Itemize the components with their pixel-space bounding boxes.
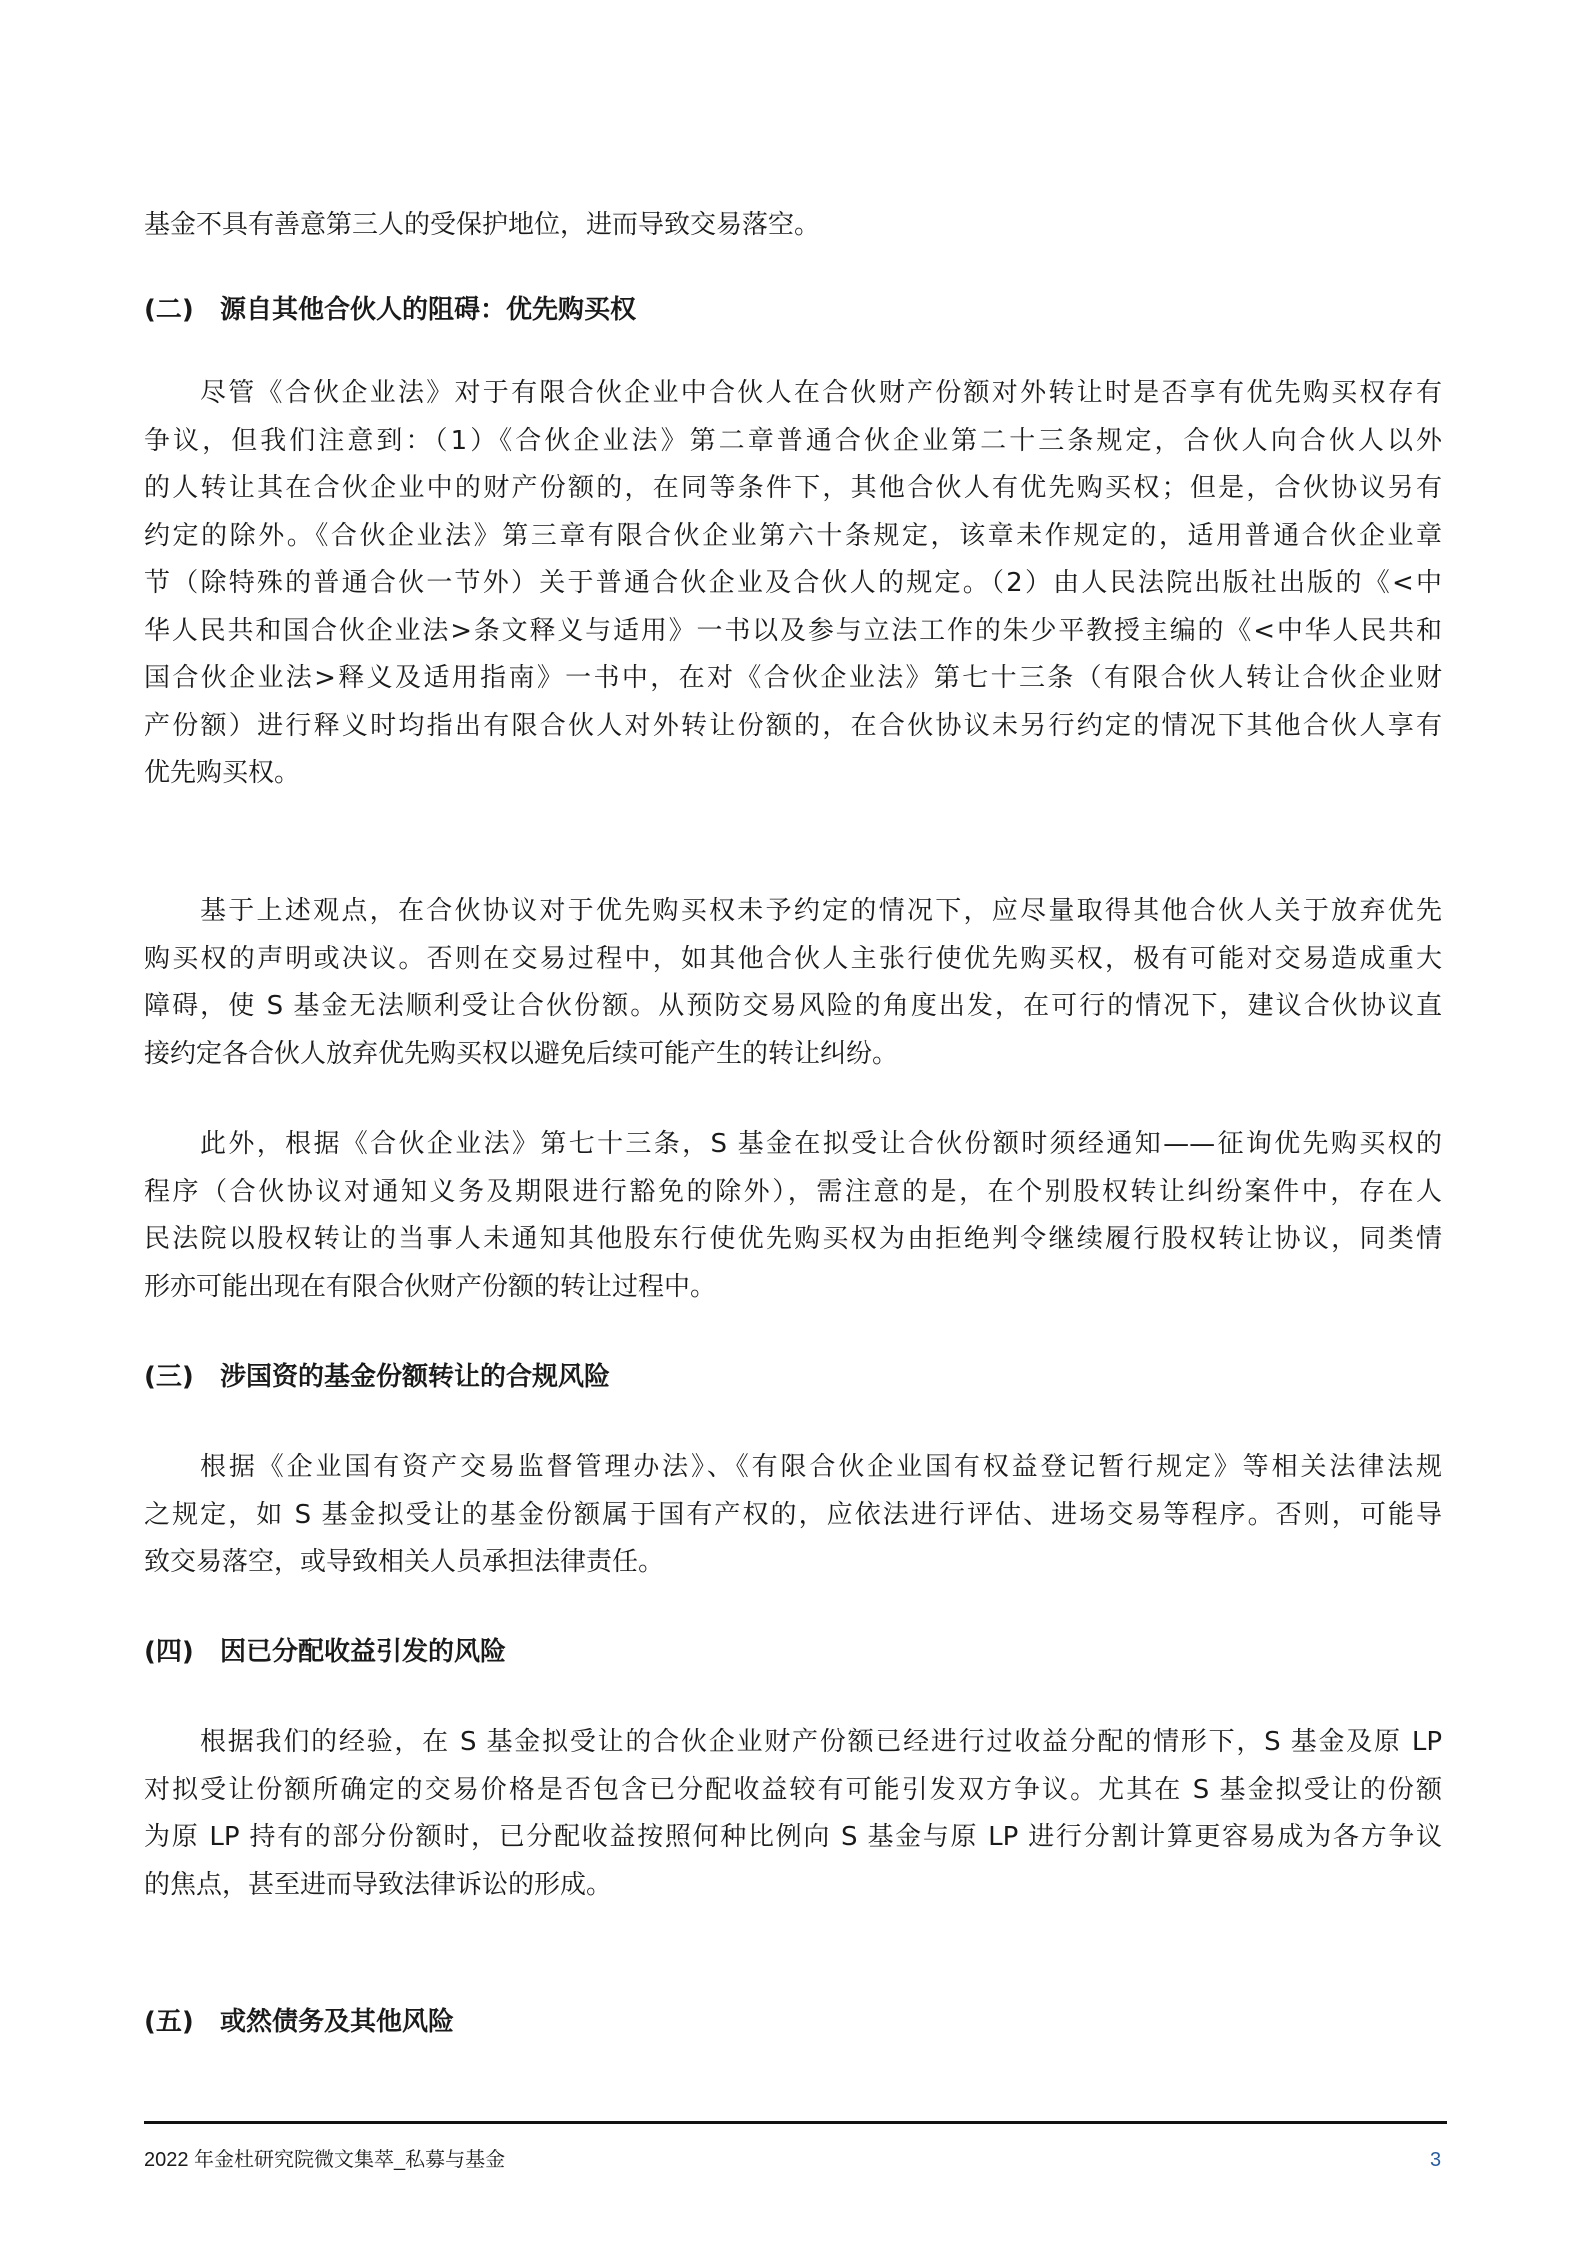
page-number: 3 xyxy=(1430,2146,1441,2174)
section-title: 或然债务及其他风险 xyxy=(220,2007,454,2037)
paragraph-line: 根据我们的经验，在 S 基金拟受让的合伙企业财产份额已经进行过收益分配的情形下，… xyxy=(144,1724,1442,1760)
paragraph-line: 对拟受让份额所确定的交易价格是否包含已分配收益较有可能引发双方争议。尤其在 S … xyxy=(144,1772,1442,1808)
paragraph-line: 尽管《合伙企业法》对于有限合伙企业中合伙人在合伙财产份额对外转让时是否享有优先购… xyxy=(144,375,1442,411)
section-heading-3: (三)涉国资的基金份额转让的合规风险 xyxy=(144,1359,1442,1395)
paragraph-line: 此外，根据《合伙企业法》第七十三条，S 基金在拟受让合伙份额时须经通知——征询优… xyxy=(144,1126,1442,1162)
paragraph-line: 程序（合伙协议对通知义务及期限进行豁免的除外），需注意的是，在个别股权转让纠纷案… xyxy=(144,1174,1442,1210)
section-number: (五) xyxy=(144,2004,220,2040)
paragraph-line: 节（除特殊的普通合伙一节外）关于普通合伙企业及合伙人的规定。（2）由人民法院出版… xyxy=(144,565,1442,601)
footer-divider xyxy=(144,2121,1447,2124)
paragraph-continuation-line: 基金不具有善意第三人的受保护地位，进而导致交易落空。 xyxy=(144,207,1442,243)
section-heading-4: (四)因已分配收益引发的风险 xyxy=(144,1634,1442,1670)
paragraph-line: 接约定各合伙人放弃优先购买权以避免后续可能产生的转让纠纷。 xyxy=(144,1036,1442,1072)
paragraph-line: 购买权的声明或决议。否则在交易过程中，如其他合伙人主张行使优先购买权，极有可能对… xyxy=(144,941,1442,977)
paragraph-line: 障碍，使 S 基金无法顺利受让合伙份额。从预防交易风险的角度出发，在可行的情况下… xyxy=(144,988,1442,1024)
paragraph-line: 形亦可能出现在有限合伙财产份额的转让过程中。 xyxy=(144,1269,1442,1305)
section-number: (四) xyxy=(144,1634,220,1670)
paragraph-line: 产份额）进行释义时均指出有限合伙人对外转让份额的，在合伙协议未另行约定的情况下其… xyxy=(144,708,1442,744)
paragraph-line: 约定的除外。《合伙企业法》第三章有限合伙企业第六十条规定，该章未作规定的，适用普… xyxy=(144,518,1442,554)
paragraph-line: 优先购买权。 xyxy=(144,755,1442,791)
paragraph-line: 根据《企业国有资产交易监督管理办法》、《有限合伙企业国有权益登记暂行规定》等相关… xyxy=(144,1449,1442,1485)
paragraph-line: 基于上述观点，在合伙协议对于优先购买权未予约定的情况下，应尽量取得其他合伙人关于… xyxy=(144,893,1442,929)
paragraph-line: 的焦点，甚至进而导致法律诉讼的形成。 xyxy=(144,1867,1442,1903)
paragraph-line: 民法院以股权转让的当事人未通知其他股东行使优先购买权为由拒绝判令继续履行股权转让… xyxy=(144,1221,1442,1257)
paragraph-line: 争议，但我们注意到：（1）《合伙企业法》第二章普通合伙企业第二十三条规定，合伙人… xyxy=(144,423,1442,459)
paragraph-line: 国合伙企业法>释义及适用指南》一书中，在对《合伙企业法》第七十三条（有限合伙人转… xyxy=(144,660,1442,696)
section-heading-5: (五)或然债务及其他风险 xyxy=(144,2004,1442,2040)
section-number: (三) xyxy=(144,1359,220,1395)
section-number: (二) xyxy=(144,292,220,328)
paragraph-line: 致交易落空，或导致相关人员承担法律责任。 xyxy=(144,1544,1442,1580)
section-title: 因已分配收益引发的风险 xyxy=(220,1637,506,1667)
paragraph-line: 为原 LP 持有的部分份额时，已分配收益按照何种比例向 S 基金与原 LP 进行… xyxy=(144,1819,1442,1855)
paragraph-line: 华人民共和国合伙企业法>条文释义与适用》一书以及参与立法工作的朱少平教授主编的《… xyxy=(144,613,1442,649)
paragraph-line: 之规定，如 S 基金拟受让的基金份额属于国有产权的，应依法进行评估、进场交易等程… xyxy=(144,1497,1442,1533)
footer-title: 2022 年金杜研究院微文集萃_私募与基金 xyxy=(144,2146,505,2174)
paragraph-line: 的人转让其在合伙企业中的财产份额的，在同等条件下，其他合伙人有优先购买权；但是，… xyxy=(144,470,1442,506)
section-title: 源自其他合伙人的阻碍：优先购买权 xyxy=(220,295,636,325)
section-heading-2: (二)源自其他合伙人的阻碍：优先购买权 xyxy=(144,292,1442,328)
section-title: 涉国资的基金份额转让的合规风险 xyxy=(220,1362,610,1392)
